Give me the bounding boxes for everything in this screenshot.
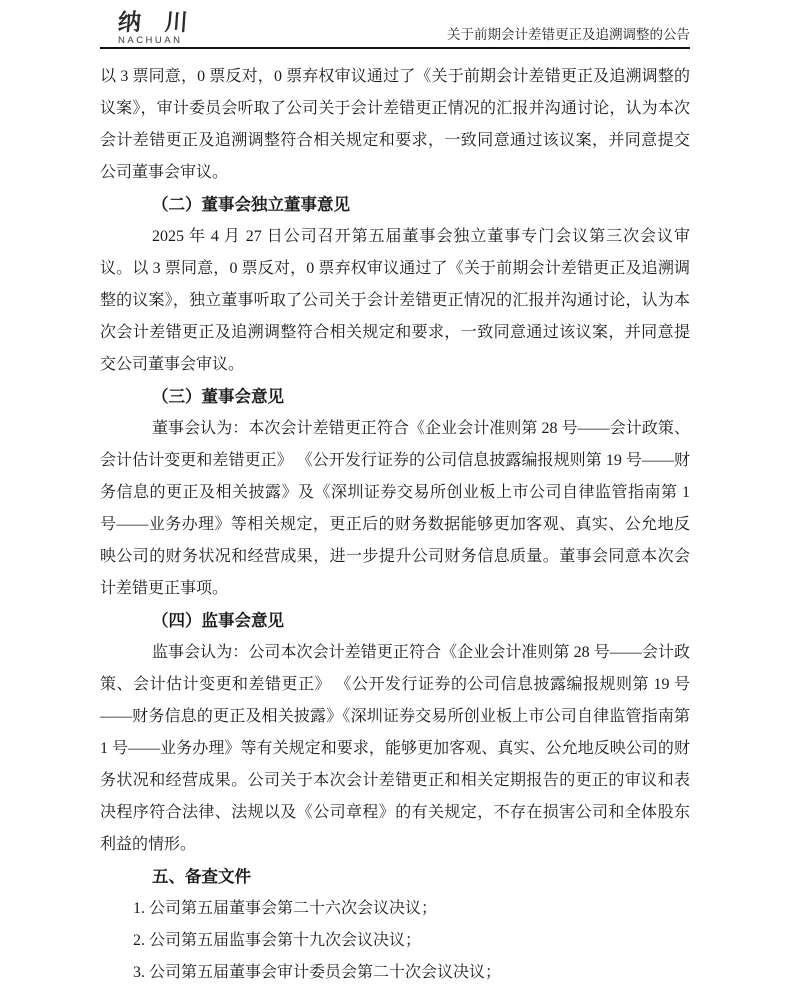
section-heading-reference-documents: 五、备查文件: [100, 861, 690, 893]
header-doc-title: 关于前期会计差错更正及追溯调整的公告: [447, 23, 690, 45]
paragraph-audit-committee: 以 3 票同意，0 票反对，0 票弃权审议通过了《关于前期会计差错更正及追溯调整…: [100, 61, 690, 189]
paragraph-board-opinion: 董事会认为：本次会计差错更正符合《企业会计准则第 28 号——会计政策、会计估计…: [100, 413, 690, 605]
section-heading-independent-directors: （二）董事会独立董事意见: [100, 189, 690, 221]
list-item-audit-committee-resolution: 3. 公司第五届董事会审计委员会第二十次会议决议；: [100, 957, 690, 989]
company-logo: 纳 川 NACHUAN: [100, 11, 197, 46]
company-logo-cn: 纳 川: [117, 11, 197, 34]
section-heading-board-opinion: （三）董事会意见: [100, 381, 690, 413]
section-heading-supervisory-board-opinion: （四）监事会意见: [100, 605, 690, 637]
document-header: 纳 川 NACHUAN 关于前期会计差错更正及追溯调整的公告: [100, 0, 690, 49]
company-logo-en: NACHUAN: [118, 36, 197, 46]
list-item-supervisory-resolution: 2. 公司第五届监事会第十九次会议决议；: [100, 925, 690, 957]
document-page: 纳 川 NACHUAN 关于前期会计差错更正及追溯调整的公告 以 3 票同意，0…: [0, 0, 786, 990]
document-body: 以 3 票同意，0 票反对，0 票弃权审议通过了《关于前期会计差错更正及追溯调整…: [100, 61, 690, 989]
list-item-board-resolution: 1. 公司第五届董事会第二十六次会议决议；: [100, 893, 690, 925]
paragraph-supervisory-board-opinion: 监事会认为：公司本次会计差错更正符合《企业会计准则第 28 号——会计政策、会计…: [100, 637, 690, 861]
paragraph-independent-directors: 2025 年 4 月 27 日公司召开第五届董事会独立董事专门会议第三次会议审议…: [100, 221, 690, 381]
